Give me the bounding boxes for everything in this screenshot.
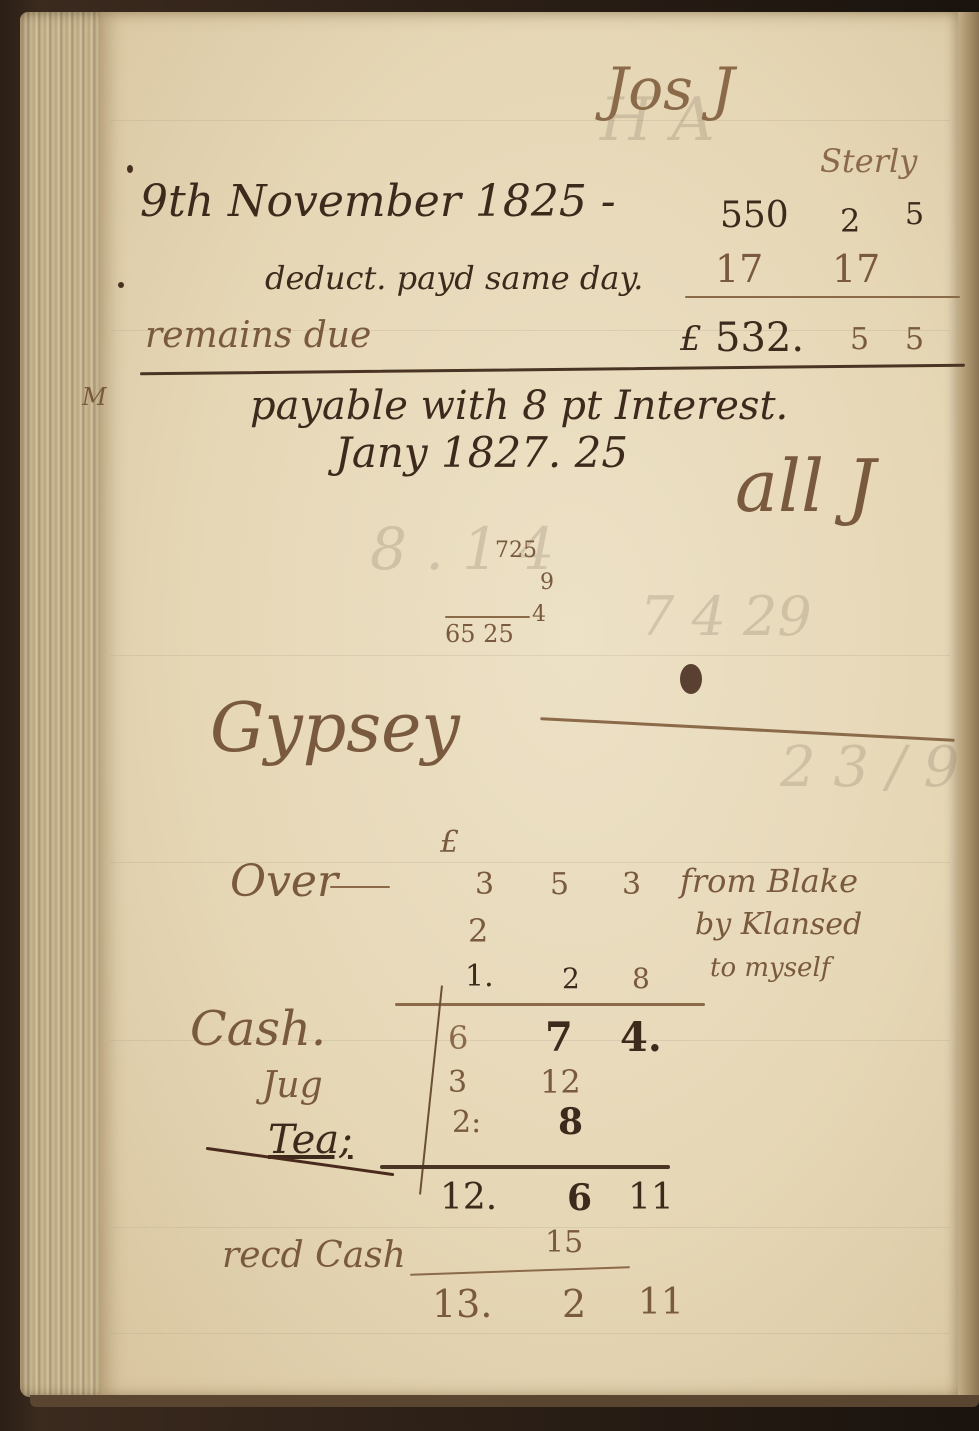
total-rule	[380, 1165, 670, 1169]
pound-sign: £	[680, 322, 702, 356]
calc-line-3: 65 25	[445, 622, 514, 646]
subtotal-pence: 8	[632, 965, 650, 993]
date-amount-shillings: 2	[840, 205, 860, 237]
note-line-1: from Blake	[680, 865, 858, 897]
ink-dot	[127, 165, 133, 173]
note-line-3: to myself	[710, 955, 830, 981]
cash-pounds: 6	[448, 1022, 468, 1054]
jug-pounds: 3	[448, 1068, 467, 1098]
page-stack-edges	[20, 12, 108, 1397]
section-heading: Gypsey	[210, 695, 460, 763]
total-shillings: 6	[567, 1180, 592, 1216]
deduct-underline	[685, 296, 960, 298]
subtotal-rule	[395, 1003, 705, 1006]
jug-shillings: 12	[540, 1066, 581, 1098]
over-shillings: 5	[550, 870, 569, 900]
margin-mark: M	[82, 385, 107, 409]
deduct-label: deduct. payd same day.	[265, 262, 643, 294]
date-amount-pence: 5	[905, 200, 924, 230]
tea-shillings: 8	[558, 1104, 583, 1140]
over-pounds: 3	[475, 870, 494, 900]
tea-label: Tea;	[268, 1120, 353, 1160]
cash-pence: 4.	[620, 1018, 662, 1058]
recd-cash-label: recd Cash	[222, 1238, 406, 1274]
signature-flourish: all J	[735, 450, 876, 522]
calc-side: 4	[532, 604, 546, 626]
payable-note: payable with 8 pt Interest.	[250, 386, 788, 426]
over-label: Over	[230, 860, 338, 904]
deduct-amount-shillings: 17	[832, 250, 880, 288]
balance-shillings: 2	[562, 1285, 586, 1323]
calc-line-2: 9	[540, 572, 554, 594]
date-amount-pounds: 550	[720, 198, 789, 234]
ruled-line	[110, 1333, 950, 1334]
recd-cash-shillings: 15	[545, 1228, 583, 1258]
balance-pence: 11	[638, 1285, 684, 1321]
cash-shillings: 7	[545, 1018, 573, 1058]
remains-amount-pence: 5	[905, 325, 924, 355]
payable-date: Jany 1827. 25	[335, 432, 628, 474]
note-line-2: by Klansed	[695, 910, 862, 940]
jug-label: Jug	[262, 1068, 323, 1104]
header-flourish: Jos J	[605, 60, 735, 118]
bleed-through-mark: 7 4 29	[640, 590, 812, 644]
deduct-amount-pounds: 17	[715, 250, 763, 288]
cash-label: Cash.	[190, 1005, 326, 1053]
ruled-line	[110, 120, 950, 121]
row-2-value: 2	[468, 915, 488, 947]
remains-label: remains due	[145, 318, 371, 354]
ledger-currency: £	[440, 828, 459, 858]
bleed-through-mark: 2 3 / 9	[780, 740, 959, 796]
book-bottom-edge	[30, 1395, 979, 1407]
calc-line-1: 725	[495, 540, 537, 562]
page-right-edge	[958, 12, 979, 1397]
over-dash	[330, 886, 390, 888]
total-pounds: 12.	[440, 1180, 497, 1216]
ink-dot	[118, 282, 124, 288]
balance-pounds: 13.	[432, 1285, 492, 1323]
subtotal-pounds: 1.	[465, 962, 494, 992]
tea-pounds: 2:	[452, 1108, 481, 1138]
remains-amount-shillings: 5	[850, 325, 869, 355]
ink-blot	[680, 664, 702, 694]
ruled-line	[110, 1227, 950, 1228]
subtotal-shillings: 2	[562, 965, 580, 993]
ruled-line	[110, 655, 950, 656]
remains-amount-pounds: 532.	[715, 318, 804, 358]
entry-date: 9th November 1825 -	[140, 180, 616, 224]
currency-heading: Sterly	[820, 145, 917, 177]
calc-rule	[445, 616, 530, 618]
over-pence: 3	[622, 870, 641, 900]
total-pence: 11	[628, 1180, 674, 1216]
